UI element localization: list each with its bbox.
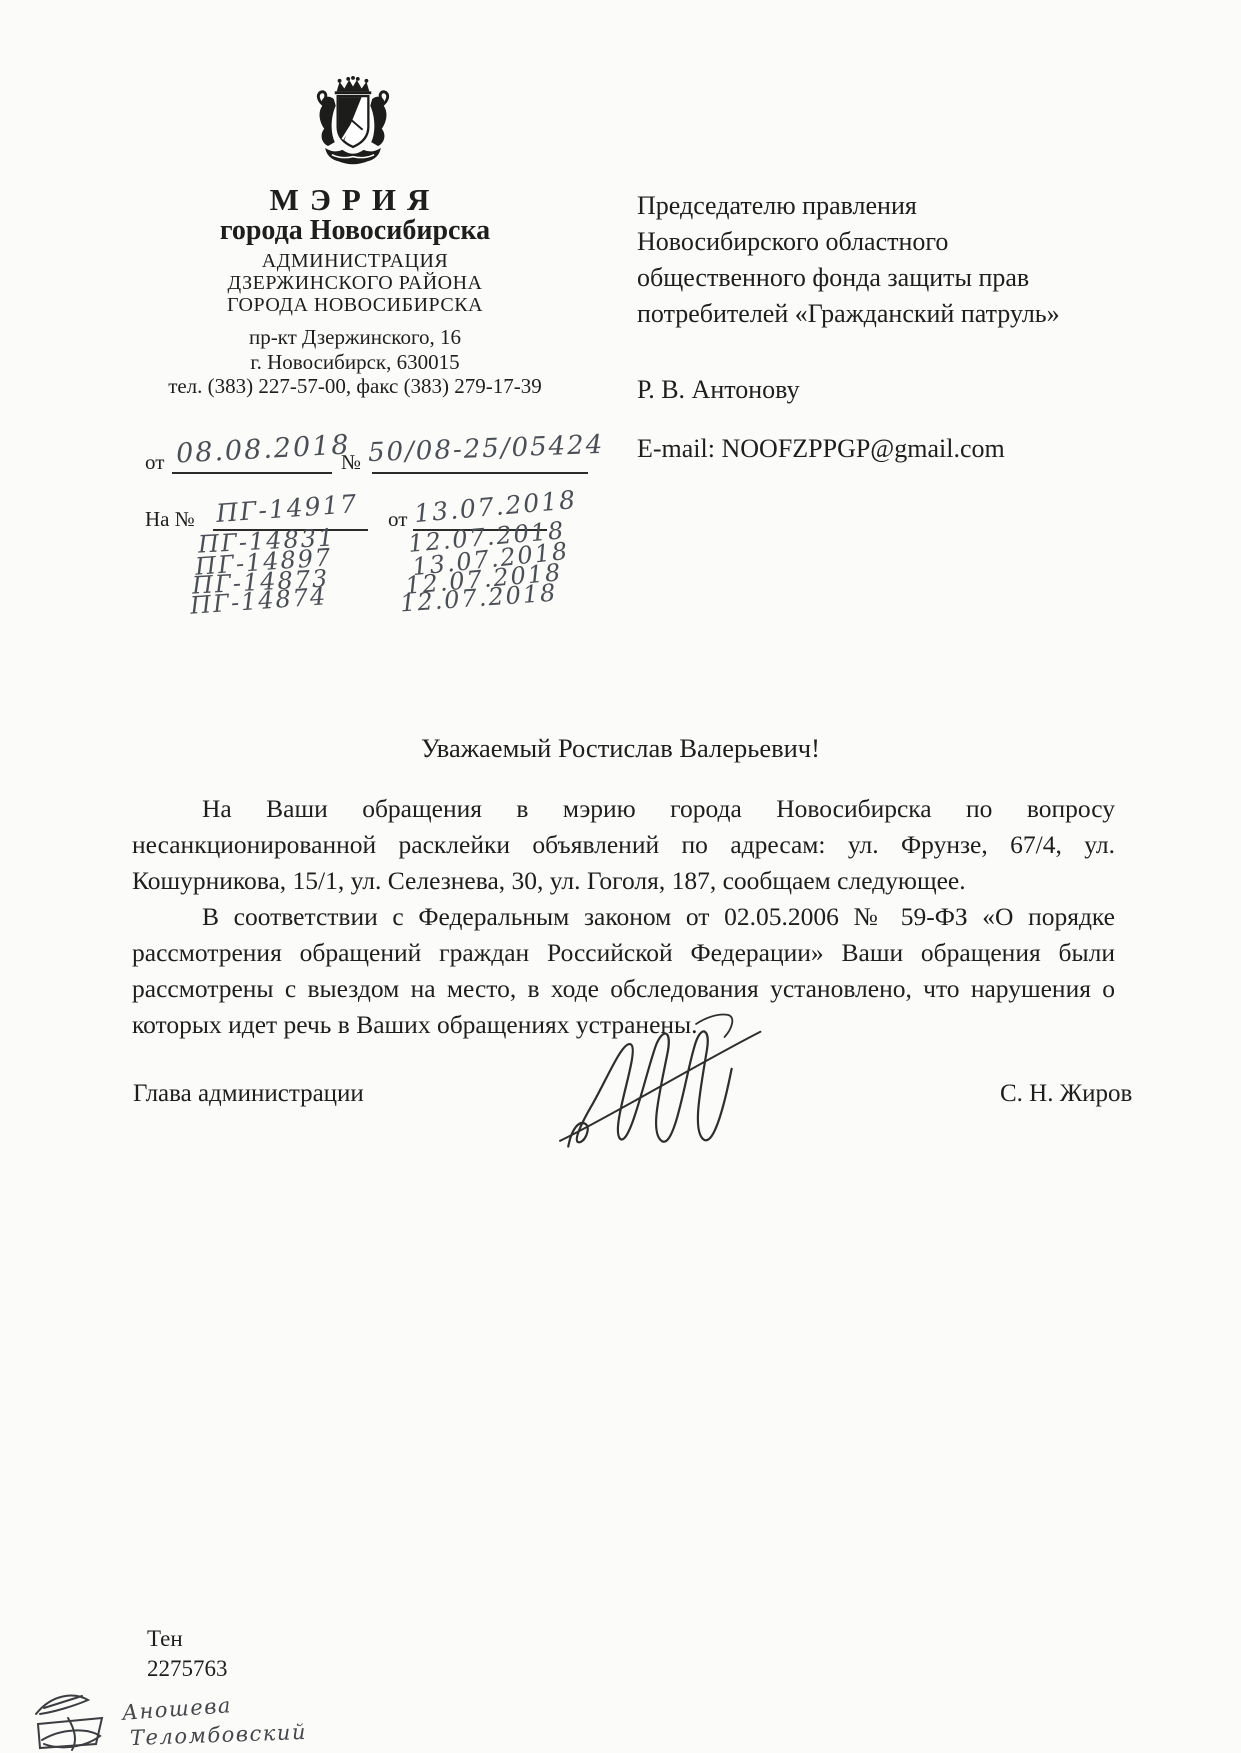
signature-scribble-icon	[545, 1001, 790, 1159]
dept-line3: ГОРОДА НОВОСИБИРСКА	[120, 294, 590, 317]
addressee-line-3: общественного фонда защиты прав	[637, 260, 1137, 296]
addressee-email-row: E-mail: NOOFZPPGP@gmail.com	[637, 431, 1137, 467]
email-label: E-mail:	[637, 434, 715, 463]
signer-name: С. Н. Жиров	[1000, 1080, 1132, 1108]
coat-of-arms-novosibirsk-icon	[305, 76, 401, 170]
executor-name: Тен	[147, 1626, 183, 1652]
org-name-line2: города Новосибирска	[120, 215, 590, 247]
number-label: №	[341, 450, 361, 475]
addressee-block: Председателю правления Новосибирского об…	[637, 188, 1137, 332]
addressee-line-2: Новосибирского областного	[637, 224, 1137, 260]
body-paragraph-1: На Ваши обращения в мэрию города Новосиб…	[132, 791, 1115, 899]
reply-from-label: от	[388, 507, 407, 532]
signer-position-title: Глава администрации	[133, 1080, 364, 1108]
address-line3: тел. (383) 227-57-00, факс (383) 279-17-…	[120, 374, 590, 399]
email-address: NOOFZPPGP@gmail.com	[721, 434, 1004, 463]
from-label: от	[145, 450, 164, 475]
scanned-letter-page: МЭРИЯ города Новосибирска АДМИНИСТРАЦИЯ …	[0, 0, 1241, 1753]
letter-body: На Ваши обращения в мэрию города Новосиб…	[132, 791, 1115, 1043]
address-line2: г. Новосибирск, 630015	[120, 350, 590, 375]
org-name-line1: МЭРИЯ	[120, 182, 590, 218]
dept-line2: ДЗЕРЖИНСКОГО РАЙОНА	[120, 272, 590, 295]
reply-label: На №	[145, 507, 195, 532]
visa-name-2: Теломбовский	[130, 1720, 308, 1750]
dept-line1: АДМИНИСТРАЦИЯ	[120, 250, 590, 273]
address-line1: пр-кт Дзержинского, 16	[120, 325, 590, 350]
executor-phone: 2275763	[147, 1656, 228, 1682]
addressee-line-4: потребителей «Гражданский патруль»	[637, 296, 1137, 332]
addressee-name: Р. В. Антонову	[637, 372, 1137, 408]
addressee-line-1: Председателю правления	[637, 188, 1137, 224]
salutation: Уважаемый Ростислав Валерьевич!	[0, 733, 1241, 764]
